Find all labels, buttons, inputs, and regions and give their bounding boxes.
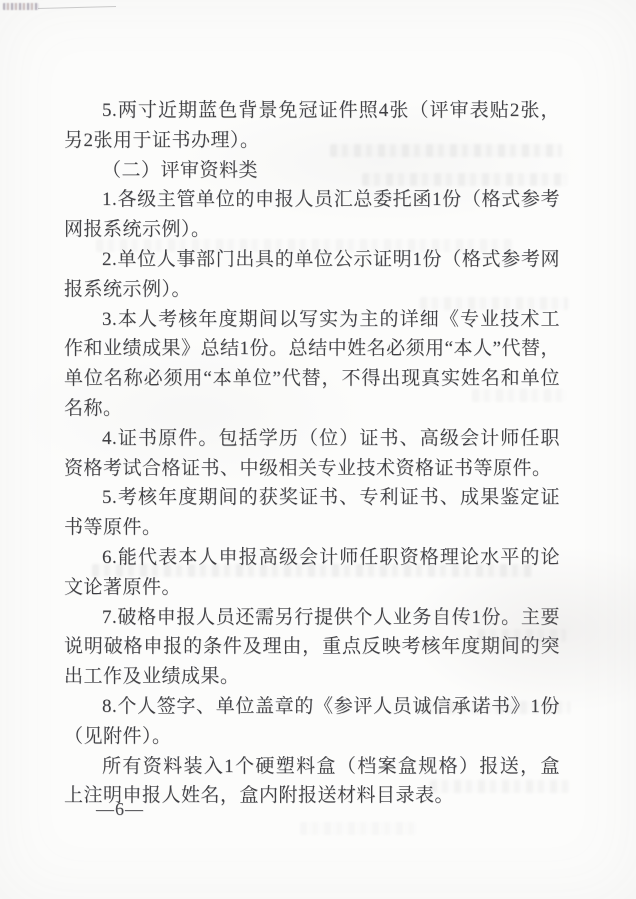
paragraph-item-6-papers: 6.能代表本人申报高级会计师任职资格理论水平的论文论著原件。 <box>64 543 560 603</box>
paragraph-item-5-award-certificates: 5.考核年度期间的获奖证书、专利证书、成果鉴定证书等原件。 <box>64 483 560 543</box>
page-number: —6— <box>96 799 144 820</box>
corner-scan-annotation <box>3 3 39 10</box>
paragraph-item-7-exception-statement: 7.破格申报人员还需另行提供个人业务自传1份。主要说明破格申报的条件及理由，重点… <box>64 603 560 692</box>
corner-scan-line <box>38 6 116 9</box>
paragraph-item-3-work-summary: 3.本人考核年度期间以写实为主的详细《专业技术工作和业绩成果》总结1份。总结中姓… <box>64 305 560 424</box>
paragraph-item-1-entrust-letter: 1.各级主管单位的申报人员汇总委托函1份（格式参考网报系统示例）。 <box>64 185 560 245</box>
paragraph-item-4-certificates: 4.证书原件。包括学历（位）证书、高级会计师任职资格考试合格证书、中级相关专业技… <box>64 424 560 484</box>
bleed-through-artifact <box>300 822 418 835</box>
paragraph-item-8-integrity-letter: 8.个人签字、单位盖章的《参评人员诚信承诺书》1份（见附件）。 <box>64 692 560 752</box>
document-body: 5.两寸近期蓝色背景免冠证件照4张（评审表贴2张，另2张用于证书办理）。 （二）… <box>64 96 560 811</box>
paragraph-item-2-publicity-proof: 2.单位人事部门出具的单位公示证明1份（格式参考网报系统示例）。 <box>64 245 560 305</box>
scanned-document-page: 5.两寸近期蓝色背景免冠证件照4张（评审表贴2张，另2张用于证书办理）。 （二）… <box>0 0 636 899</box>
section-heading-review-materials: （二）评审资料类 <box>64 156 560 186</box>
paragraph-item-5-photos: 5.两寸近期蓝色背景免冠证件照4张（评审表贴2张，另2张用于证书办理）。 <box>64 96 560 156</box>
